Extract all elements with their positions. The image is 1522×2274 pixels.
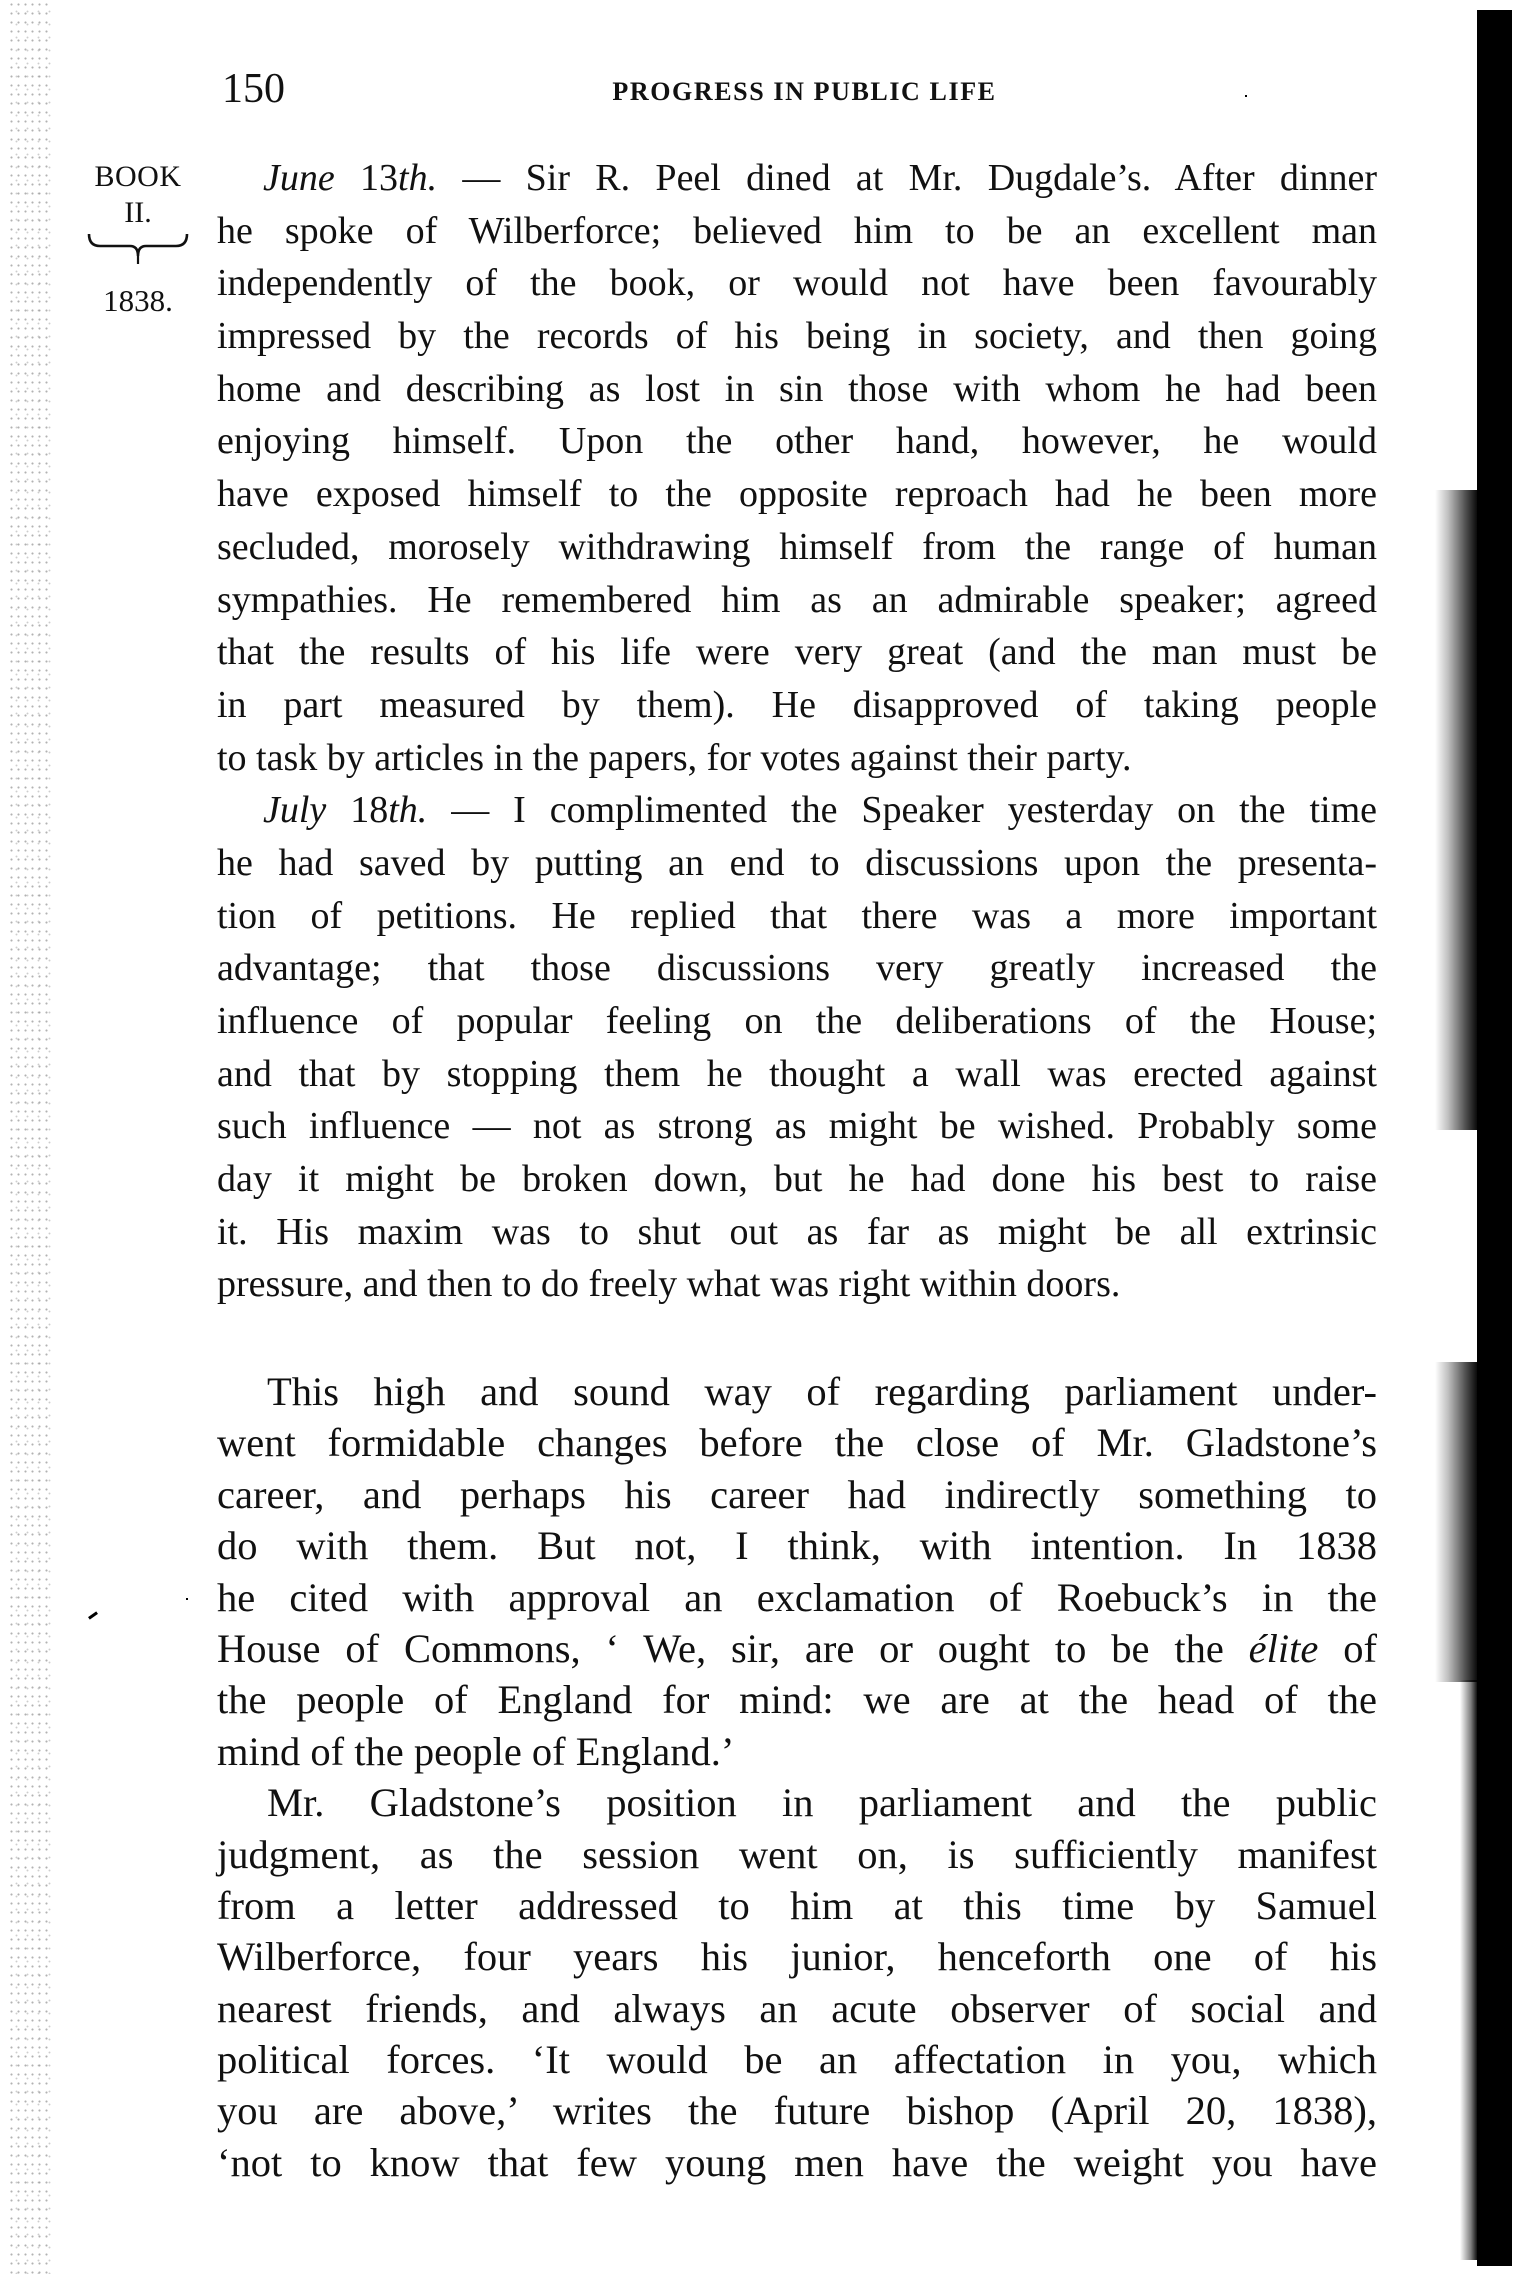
text-line: have exposed himself to the opposite rep… [217,468,1377,521]
text-line: Mr. Gladstone’s position in parliament a… [217,1777,1377,1828]
text-line: it. His maxim was to shut out as far as … [217,1206,1377,1259]
scan-right-edge-shadow [1477,10,1512,2266]
text-line: such influence — not as strong as might … [217,1100,1377,1153]
text-line: House of Commons, ‘ We, sir, are or ough… [217,1623,1377,1674]
text-line: ‘not to know that few young men have the… [217,2137,1377,2188]
text-line: June 13th. — Sir R. Peel dined at Mr. Du… [217,152,1377,205]
text-line: July 18th. — I complimented the Speaker … [217,784,1377,837]
text-line: political forces. ‘It would be an affect… [217,2034,1377,2085]
scan-edge-shadow-fuzz [1460,1680,1478,2260]
text-line: the people of England for mind: we are a… [217,1674,1377,1725]
text-line: career, and perhaps his career had indir… [217,1469,1377,1520]
text-line: judgment, as the session went on, is suf… [217,1829,1377,1880]
text-line: mind of the people of England.’ [217,1726,1377,1777]
book-page: 150 PROGRESS IN PUBLIC LIFE BOOK II. 183… [0,0,1522,2274]
diary-extract: June 13th. — Sir R. Peel dined at Mr. Du… [217,152,1377,1311]
text-line: from a letter addressed to him at this t… [217,1880,1377,1931]
text-line: secluded, morosely withdrawing himself f… [217,521,1377,574]
text-line: he spoke of Wilberforce; believed him to… [217,205,1377,258]
text-line: he cited with approval an exclamation of… [217,1572,1377,1623]
text-line: independently of the book, or would not … [217,257,1377,310]
scan-speck [1245,95,1247,97]
text-line: advantage; that those discussions very g… [217,942,1377,995]
running-head-title: PROGRESS IN PUBLIC LIFE [547,78,1062,106]
text-line: day it might be broken down, but he had … [217,1153,1377,1206]
text-line: home and describing as lost in sin those… [217,363,1377,416]
scan-speck [186,1598,188,1600]
margin-note-book-number: II. [88,196,188,230]
text-line: This high and sound way of regarding par… [217,1366,1377,1417]
text-line: tion of petitions. He replied that there… [217,890,1377,943]
text-line: Wilberforce, four years his junior, henc… [217,1931,1377,1982]
text-line: enjoying himself. Upon the other hand, h… [217,415,1377,468]
scan-speck [88,1611,98,1619]
text-line: in part measured by them). He disapprove… [217,679,1377,732]
scan-edge-shadow-fuzz [1435,490,1479,1130]
text-line: and that by stopping them he thought a w… [217,1048,1377,1101]
margin-note-book-label: BOOK [88,160,188,194]
narrative-text: This high and sound way of regarding par… [217,1366,1377,2188]
text-line: went formidable changes before the close… [217,1417,1377,1468]
text-line: nearest friends, and always an acute obs… [217,1983,1377,2034]
text-line: you are above,’ writes the future bishop… [217,2085,1377,2136]
text-line: influence of popular feeling on the deli… [217,995,1377,1048]
page-number: 150 [222,68,285,110]
text-line: impressed by the records of his being in… [217,310,1377,363]
text-line: that the results of his life were very g… [217,626,1377,679]
text-line: pressure, and then to do freely what was… [217,1258,1377,1311]
text-line: do with them. But not, I think, with int… [217,1520,1377,1571]
margin-note-year: 1838. [88,284,188,318]
curly-brace-icon [86,232,190,272]
text-line: he had saved by putting an end to discus… [217,837,1377,890]
text-line: to task by articles in the papers, for v… [217,732,1377,785]
scan-edge-shadow-fuzz [1435,1362,1479,1682]
scan-edge-noise [8,0,52,2274]
text-line: sympathies. He remembered him as an admi… [217,574,1377,627]
